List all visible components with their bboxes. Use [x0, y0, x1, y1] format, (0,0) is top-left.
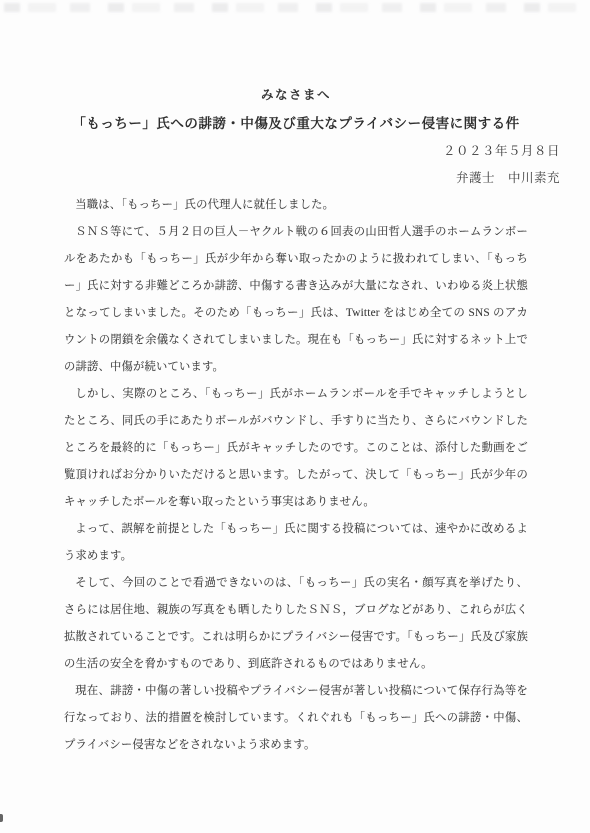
letter-subject: 「もっちー」氏への誹謗・中傷及び重大なプライバシー侵害に関する件: [64, 109, 528, 138]
letter-author: 弁護士 中川素充: [64, 165, 560, 192]
body-paragraph: ＳＮＳ等にて、５月２日の巨人－ヤクルト戦の６回表の山田哲人選手のホームランボール…: [64, 219, 528, 381]
letter-salutation: みなさまへ: [64, 82, 528, 109]
body-paragraph: しかし、実際のところ、「もっちー」氏がホームランボールを手でキャッチしようとした…: [64, 381, 528, 516]
scanned-letter-page: みなさまへ 「もっちー」氏への誹謗・中傷及び重大なプライバシー侵害に関する件 ２…: [0, 0, 590, 833]
letter-date: ２０２３年５月８日: [64, 138, 560, 165]
body-paragraph: 当職は、「もっちー」氏の代理人に就任しました。: [64, 192, 528, 219]
body-paragraph: よって、誤解を前提とした「もっちー」氏に関する投稿については、速やかに改めるよう…: [64, 516, 528, 570]
body-paragraph: 現在、誹謗・中傷の著しい投稿やプライバシー侵害が著しい投稿について保存行為等を行…: [64, 678, 528, 759]
scan-edge-mark: [0, 814, 3, 822]
letter-content: みなさまへ 「もっちー」氏への誹謗・中傷及び重大なプライバシー侵害に関する件 ２…: [0, 0, 590, 759]
letter-body: 当職は、「もっちー」氏の代理人に就任しました。 ＳＮＳ等にて、５月２日の巨人－ヤ…: [64, 192, 528, 759]
body-paragraph: そして、今回のことで看過できないのは、「もっちー」氏の実名・顔写真を挙げたり、さ…: [64, 570, 528, 678]
scan-bleed-artifact: [4, 3, 586, 12]
